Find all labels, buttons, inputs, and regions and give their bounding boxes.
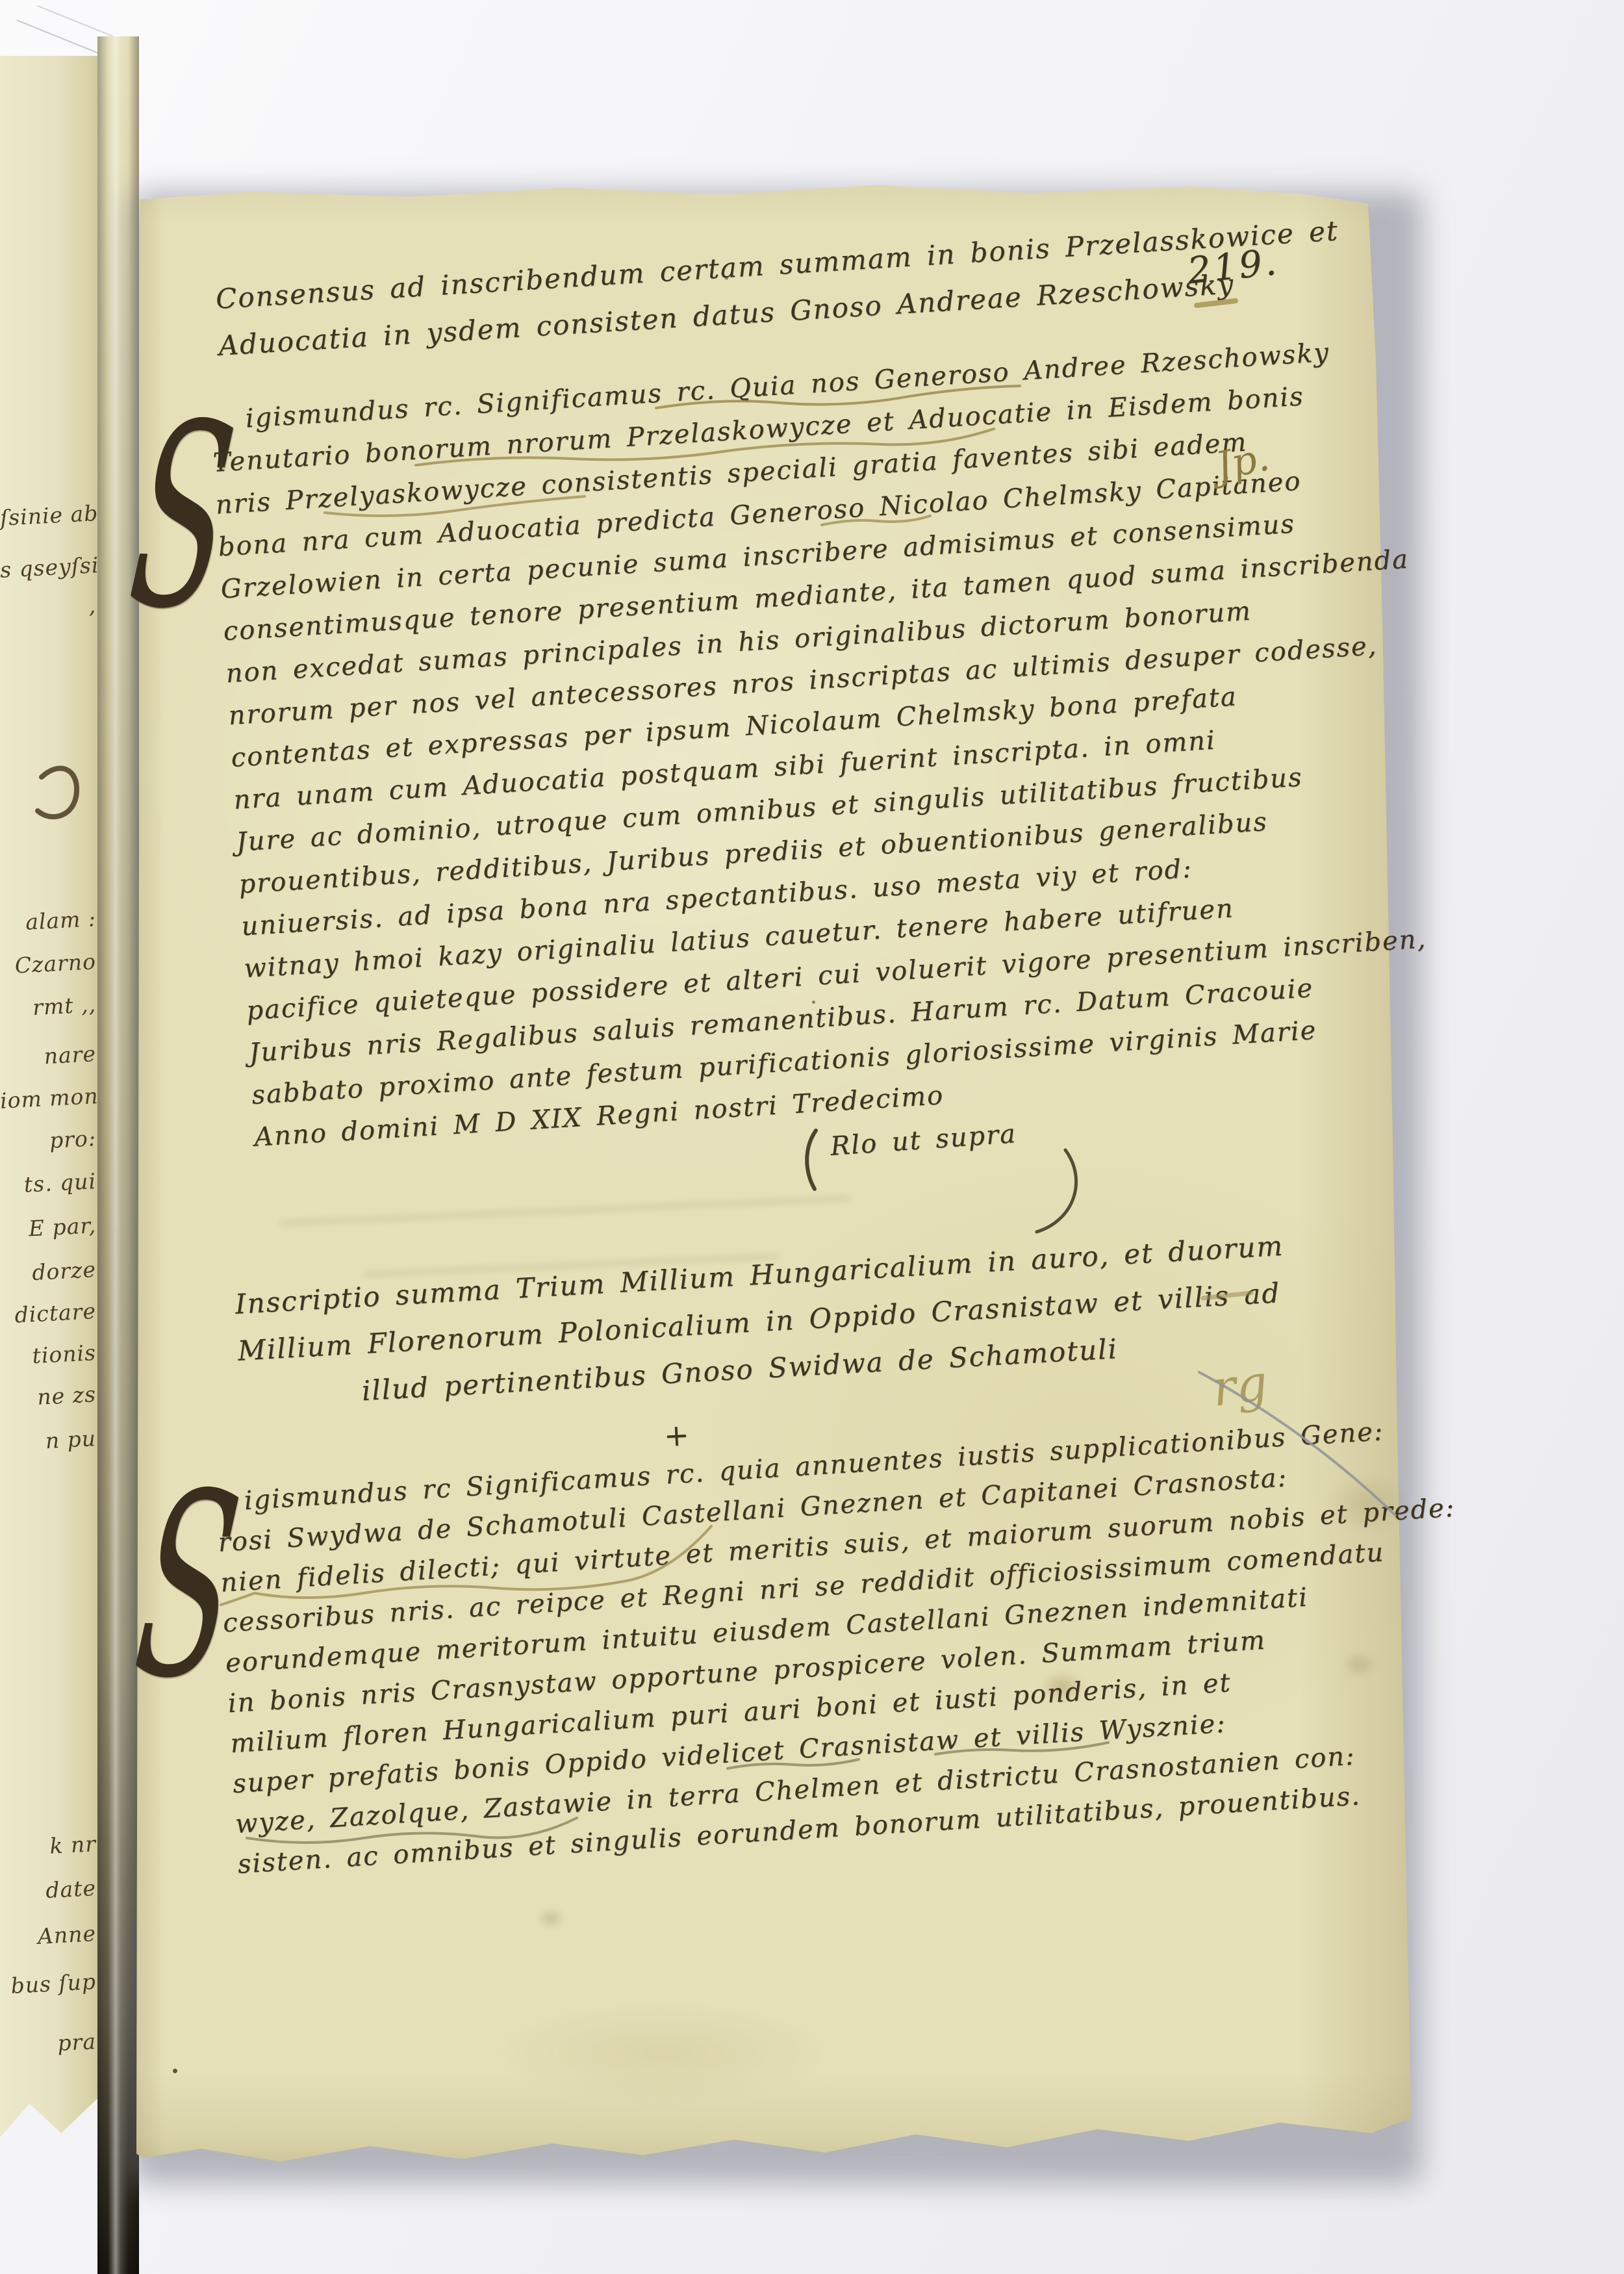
facing-page-strip: ſsinie abs qseyſsi,alam :Czarnormt ,,nar… [0, 56, 99, 2171]
marginal-rg-mark: rg [1209, 1353, 1271, 1418]
damp-stain [494, 2001, 831, 2105]
stain [537, 1908, 565, 1930]
text-fragment: E par, [0, 1212, 97, 1243]
text-fragment: ts. qui [0, 1168, 97, 1199]
text-fragment: pra [0, 2028, 97, 2059]
text-fragment: tionis [0, 1340, 97, 1370]
text-fragment: rmt ,, [0, 991, 97, 1022]
book-edge-line [16, 19, 107, 57]
text-fragment: ne zs [0, 1381, 97, 1412]
text-fragment: n pu [0, 1425, 97, 1456]
text-fragment: Anne [0, 1921, 97, 1951]
entry1-body-text: igismundus rc. Significamus rc. Quia nos… [209, 335, 1319, 1159]
text-fragment: , [0, 593, 97, 623]
text-fragment: bus ſup [0, 1969, 97, 1999]
text-fragment: date [0, 1875, 97, 1906]
text-fragment: dictare [0, 1298, 97, 1329]
text-fragment: pro: [0, 1125, 97, 1156]
text-fragment: nare [0, 1041, 97, 1071]
text-fragment: s qseyſsi [0, 552, 97, 583]
speck [173, 2069, 177, 2073]
text-fragment: alam : [0, 906, 97, 936]
text-fragment: k nr [0, 1831, 97, 1861]
text-fragment: dorze [0, 1257, 97, 1287]
stain [1341, 1650, 1377, 1679]
text-fragment: Czarno [0, 949, 97, 979]
cross-mark: + [663, 1417, 691, 1453]
entry2-body-text: igismundus rc Significamus rc. quia annu… [214, 1417, 1315, 1885]
text-fragment: ſsinie ab [0, 500, 97, 531]
scanned-manuscript: { "document": { "page_number": "219.", "… [0, 0, 1624, 2274]
text-fragment: iom mony [0, 1083, 97, 1114]
facing-page-text-fragments: ſsinie abs qseyſsi,alam :Czarnormt ,,nar… [0, 56, 99, 2171]
